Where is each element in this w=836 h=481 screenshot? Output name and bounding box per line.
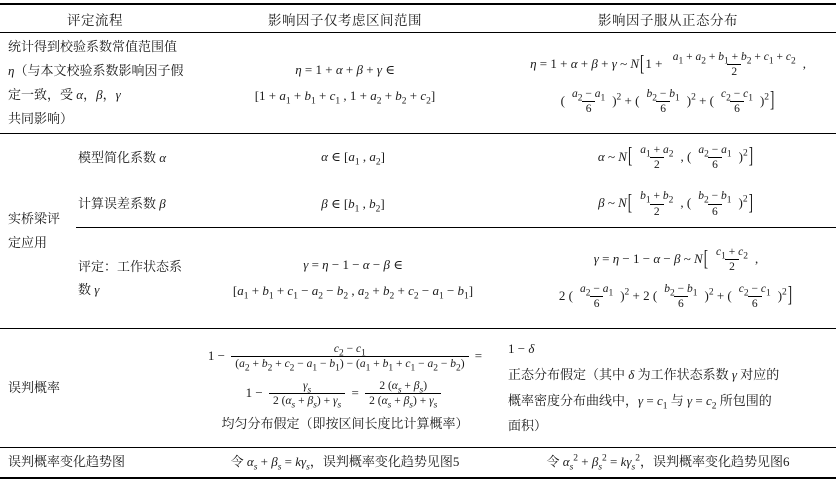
- row-beta: 计算误差系数 β β ∈ [b1 , b2] β ~ N[b1 + b22, (…: [76, 181, 836, 227]
- formula-line: α ~ N[a1 + a22, (a2 − a16)2]: [508, 143, 836, 173]
- beta-row-label-cell: 计算误差系数 β: [76, 181, 198, 227]
- alpha-normal-formula-cell: α ~ N[a1 + a22, (a2 − a16)2]: [508, 134, 836, 181]
- trend-normal-note-cell: 令 αs2 + βs2 = kγs2，误判概率变化趋势见图6: [500, 448, 836, 477]
- formula-line: (a2 − a16)2 + (b2 − b16)2 + (c2 − c16)2]: [500, 87, 836, 117]
- formula-line: 1 − δ: [500, 340, 836, 359]
- formula-line: η = 1 + α + β + γ ∈: [190, 61, 500, 80]
- header-normal-distribution-label: 影响因子服从正态分布: [598, 9, 738, 29]
- alpha-row-label-cell: 模型简化系数 α: [76, 134, 198, 181]
- row-trend-figures: 误判概率变化趋势图 令 αs + βs = kγs，误判概率变化趋势见图5 令 …: [0, 448, 836, 477]
- alpha-interval-formula-cell: α ∈ [a1 , a2]: [198, 134, 508, 181]
- header-interval-range-label: 影响因子仅考虑区间范围: [268, 9, 422, 29]
- trend-row-label-cell: 误判概率变化趋势图: [0, 448, 190, 477]
- group-label-cell: 实桥梁评定应用: [0, 134, 76, 328]
- row-eta: 统计得到校验系数常值范围值 η（与本文校验系数影响因子假定一致，受 α，β，γ …: [0, 33, 836, 134]
- formula-line: γ = η − 1 − α − β ∈: [198, 256, 508, 275]
- paper-table-page: 评定流程 影响因子仅考虑区间范围 影响因子服从正态分布 统计得到校验系数常值范围…: [0, 0, 836, 481]
- formula-line: 面积）: [500, 417, 836, 436]
- row-misjudge-probability: 误判概率 1 − c2 − c1(a2 + b2 + c2 − a1 − b1)…: [0, 329, 836, 448]
- eta-row-label: 统计得到校验系数常值范围值 η（与本文校验系数影响因子假定一致，受 α，β，γ …: [8, 35, 184, 131]
- formula-line: 均匀分布假定（即按区间长度比计算概率）: [190, 415, 500, 434]
- misjudge-row-label: 误判概率: [8, 376, 60, 400]
- beta-normal-formula-cell: β ~ N[b1 + b22, (b2 − b16)2]: [508, 181, 836, 227]
- formula-line: α ∈ [a1 , a2]: [198, 148, 508, 167]
- misjudge-normal-formula-cell: 1 − δ正态分布假定（其中 δ 为工作状态系数 γ 对应的概率密度分布曲线中，…: [500, 329, 836, 447]
- formula-line: 正态分布假定（其中 δ 为工作状态系数 γ 对应的: [500, 366, 836, 385]
- gamma-interval-formula-cell: γ = η − 1 − α − β ∈[a1 + b1 + c1 − a2 − …: [198, 228, 508, 328]
- eta-normal-formula-cell: η = 1 + α + β + γ ~ N[1 + a1 + a2 + b1 +…: [500, 33, 836, 133]
- misjudge-row-label-cell: 误判概率: [0, 329, 190, 447]
- row-alpha: 模型简化系数 α α ∈ [a1 , a2] α ~ N[a1 + a22, (…: [76, 134, 836, 181]
- beta-row-label: 计算误差系数 β: [78, 192, 166, 215]
- formula-line: 令 αs + βs = kγs，误判概率变化趋势见图5: [190, 453, 500, 472]
- formula-line: β ~ N[b1 + b22, (b2 − b16)2]: [508, 189, 836, 219]
- header-evaluation-process: 评定流程: [0, 5, 190, 32]
- eta-interval-formula-cell: η = 1 + α + β + γ ∈[1 + a1 + b1 + c1 , 1…: [190, 33, 500, 133]
- group-label: 实桥梁评定应用: [8, 207, 66, 255]
- gamma-normal-formula-cell: γ = η − 1 − α − β ~ N[c1 + c22,2 (a2 − a…: [508, 228, 836, 328]
- evaluation-comparison-table: 评定流程 影响因子仅考虑区间范围 影响因子服从正态分布 统计得到校验系数常值范围…: [0, 3, 836, 479]
- beta-interval-formula-cell: β ∈ [b1 , b2]: [198, 181, 508, 227]
- trend-interval-note-cell: 令 αs + βs = kγs，误判概率变化趋势见图5: [190, 448, 500, 477]
- eta-row-label-cell: 统计得到校验系数常值范围值 η（与本文校验系数影响因子假定一致，受 α，β，γ …: [0, 33, 190, 133]
- formula-line: γ = η − 1 − α − β ~ N[c1 + c22,: [508, 245, 836, 275]
- header-normal-distribution: 影响因子服从正态分布: [500, 5, 836, 32]
- formula-line: 1 − γs2 (αs + βs) + γs = 2 (αs + βs)2 (α…: [190, 379, 500, 409]
- trend-row-label: 误判概率变化趋势图: [8, 450, 125, 474]
- formula-line: [1 + a1 + b1 + c1 , 1 + a2 + b2 + c2]: [190, 87, 500, 106]
- formula-line: 2 (a2 − a16)2 + 2 (b2 − b16)2 + (c2 − c1…: [508, 282, 836, 312]
- formula-line: 概率密度分布曲线中，γ = c1 与 γ = c2 所包围的: [500, 392, 836, 411]
- group-subrows: 模型简化系数 α α ∈ [a1 , a2] α ~ N[a1 + a22, (…: [76, 134, 836, 328]
- section-bridge-assessment: 实桥梁评定应用 模型简化系数 α α ∈ [a1 , a2] α ~ N[a1 …: [0, 134, 836, 329]
- gamma-row-label-cell: 评定：工作状态系数 γ: [76, 228, 198, 328]
- table-header-row: 评定流程 影响因子仅考虑区间范围 影响因子服从正态分布: [0, 5, 836, 33]
- row-gamma: 评定：工作状态系数 γ γ = η − 1 − α − β ∈[a1 + b1 …: [76, 227, 836, 328]
- formula-line: η = 1 + α + β + γ ~ N[1 + a1 + a2 + b1 +…: [500, 50, 836, 80]
- misjudge-interval-formula-cell: 1 − c2 − c1(a2 + b2 + c2 − a1 − b1) − (a…: [190, 329, 500, 447]
- alpha-row-label: 模型简化系数 α: [78, 146, 166, 169]
- header-evaluation-process-label: 评定流程: [67, 9, 123, 29]
- header-interval-range: 影响因子仅考虑区间范围: [190, 5, 500, 32]
- formula-line: 令 αs2 + βs2 = kγs2，误判概率变化趋势见图6: [500, 453, 836, 472]
- gamma-row-label: 评定：工作状态系数 γ: [78, 255, 192, 302]
- formula-line: 1 − c2 − c1(a2 + b2 + c2 − a1 − b1) − (a…: [190, 342, 500, 372]
- formula-line: β ∈ [b1 , b2]: [198, 195, 508, 214]
- formula-line: [a1 + b1 + c1 − a2 − b2 , a2 + b2 + c2 −…: [198, 282, 508, 301]
